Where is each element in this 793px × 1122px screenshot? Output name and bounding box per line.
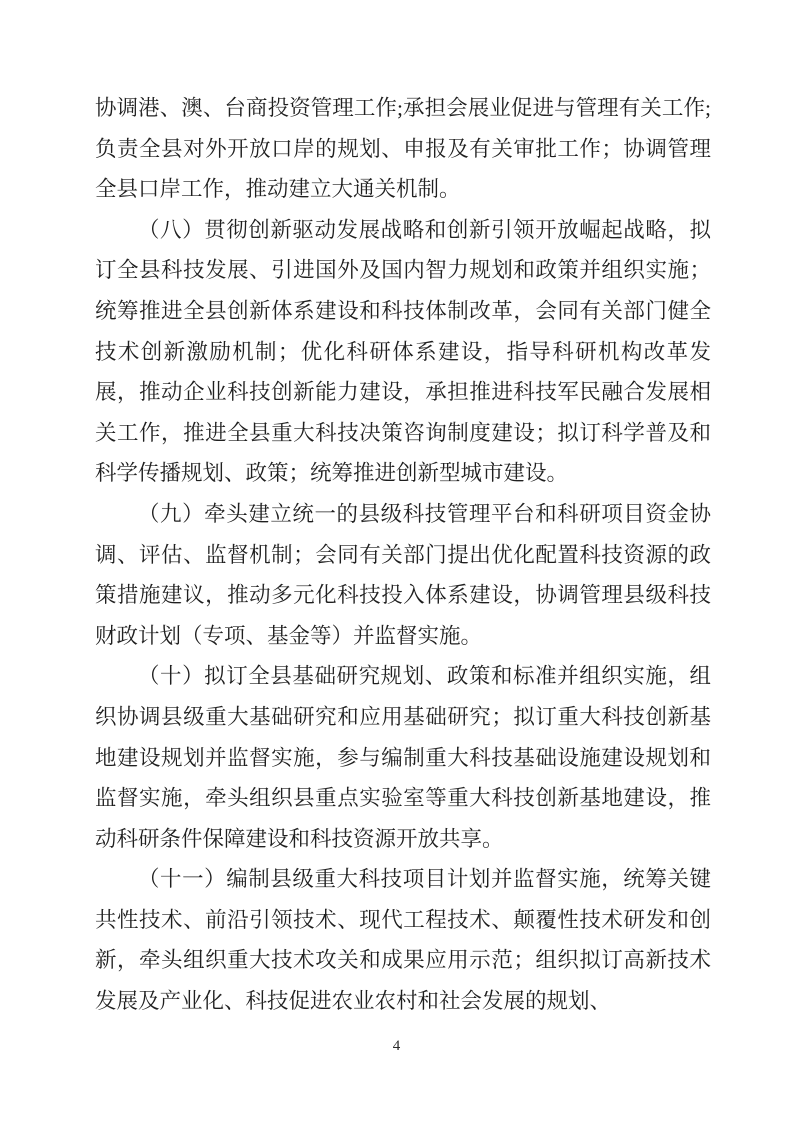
paragraph-item-9-tech-management-platform: （九）牵头建立统一的县级科技管理平台和科研项目资金协调、评估、监督机制；会同有关… [95, 494, 711, 656]
document-body: 协调港、澳、台商投资管理工作;承担会展业促进与管理有关工作;负责全县对外开放口岸… [95, 88, 711, 1022]
page-number: 4 [0, 1036, 793, 1056]
paragraph-item-11-major-tech-projects: （十一）编制县级重大科技项目计划并监督实施，统筹关键共性技术、前沿引领技术、现代… [95, 859, 711, 1021]
document-page: 协调港、澳、台商投资管理工作;承担会展业促进与管理有关工作;负责全县对外开放口岸… [0, 0, 793, 1122]
paragraph-item-8-innovation-strategy: （八）贯彻创新驱动发展战略和创新引领开放崛起战略，拟订全县科技发展、引进国外及国… [95, 210, 711, 494]
paragraph-continuation-port-trade-duties: 协调港、澳、台商投资管理工作;承担会展业促进与管理有关工作;负责全县对外开放口岸… [95, 88, 711, 210]
paragraph-item-10-basic-research: （十）拟订全县基础研究规划、政策和标准并组织实施，组织协调县级重大基础研究和应用… [95, 656, 711, 859]
